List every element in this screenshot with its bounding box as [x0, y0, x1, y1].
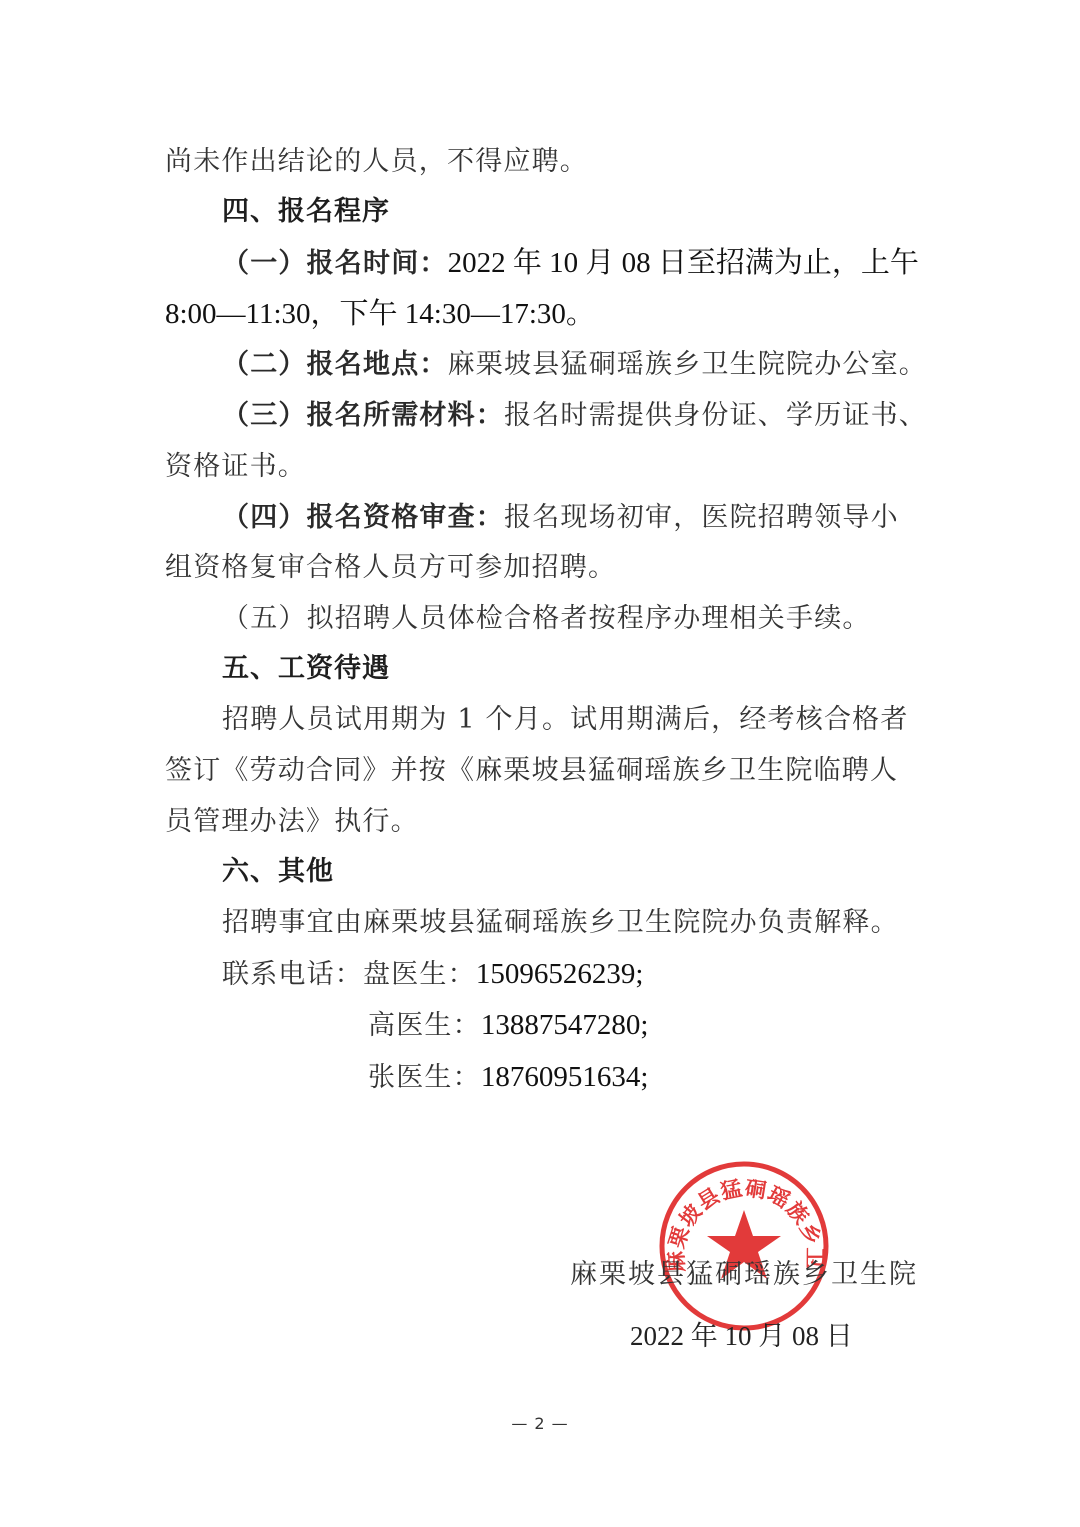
qualification-review-text: 报名现场初审，医院招聘领导小 — [504, 502, 899, 533]
qualification-review-label: （四）报名资格审查： — [222, 502, 504, 533]
official-seal-icon: 麻栗坡县猛硐瑶族乡卫生院 — [656, 1158, 832, 1334]
registration-time-label: （一）报名时间： — [222, 248, 448, 279]
section4-heading: 四、报名程序 — [222, 192, 982, 232]
registration-location: （二）报名地点：麻栗坡县猛硐瑶族乡卫生院院办公室。 — [222, 345, 982, 385]
interpretation-text: 招聘事宜由麻栗坡县猛硐瑶族乡卫生院院办负责解释。 — [222, 903, 982, 943]
registration-hours-text: 8:00—11:30，下午 14:30—17:30。 — [165, 298, 595, 330]
qualification-review-line1: （四）报名资格审查：报名现场初审，医院招聘领导小 — [222, 498, 982, 538]
registration-materials-line1: （三）报名所需材料：报名时需提供身份证、学历证书、 — [222, 396, 982, 436]
medical-exam-label: （五） — [222, 603, 307, 634]
registration-time-line1: （一）报名时间：2022 年 10 月 08 日至招满为止，上午 — [222, 243, 982, 283]
intro-tail-text: 尚未作出结论的人员，不得应聘。 — [165, 142, 925, 182]
signature-organization: 麻栗坡县猛硐瑶族乡卫生院 — [570, 1255, 918, 1295]
contact-row-pan: 联系电话：盘医生：15096526239; — [222, 954, 982, 994]
contact-name: 盘医生： — [363, 959, 476, 990]
contact-phone: 15096526239; — [476, 958, 644, 990]
registration-materials-text: 报名时需提供身份证、学历证书、 — [504, 400, 927, 431]
contact-name: 张医生： — [368, 1062, 481, 1093]
page-number: — 2 — — [0, 1414, 1080, 1433]
salary-text-line2: 签订《劳动合同》并按《麻栗坡县猛硐瑶族乡卫生院临聘人 — [165, 751, 925, 791]
qualification-review-line2: 组资格复审合格人员方可参加招聘。 — [165, 548, 925, 588]
registration-time-line2: 8:00—11:30，下午 14:30—17:30。 — [165, 294, 925, 334]
section6-heading: 六、其他 — [222, 852, 982, 892]
contact-label: 联系电话： — [222, 959, 363, 990]
registration-location-label: （二）报名地点： — [222, 349, 448, 380]
signature-date: 2022 年 10 月 08 日 — [630, 1316, 853, 1356]
medical-exam-item: （五）拟招聘人员体检合格者按程序办理相关手续。 — [222, 599, 982, 639]
registration-location-text: 麻栗坡县猛硐瑶族乡卫生院院办公室。 — [448, 349, 927, 380]
salary-text-line1: 招聘人员试用期为 1 个月。试用期满后，经考核合格者 — [222, 700, 982, 740]
medical-exam-text: 拟招聘人员体检合格者按程序办理相关手续。 — [307, 603, 871, 634]
contact-name: 高医生： — [368, 1010, 481, 1041]
contact-row-zhang: 张医生：18760951634; — [368, 1057, 1080, 1097]
registration-materials-label: （三）报名所需材料： — [222, 400, 504, 431]
document-page: 尚未作出结论的人员，不得应聘。 四、报名程序 （一）报名时间：2022 年 10… — [0, 0, 1080, 1527]
contact-phone: 18760951634; — [481, 1061, 649, 1093]
section5-heading: 五、工资待遇 — [222, 649, 982, 689]
contact-phone: 13887547280; — [481, 1009, 649, 1041]
salary-text-line3: 员管理办法》执行。 — [165, 802, 925, 842]
contact-row-gao: 高医生：13887547280; — [368, 1005, 1080, 1045]
registration-time-text: 2022 年 10 月 08 日至招满为止，上午 — [448, 247, 919, 279]
registration-materials-line2: 资格证书。 — [165, 447, 925, 487]
